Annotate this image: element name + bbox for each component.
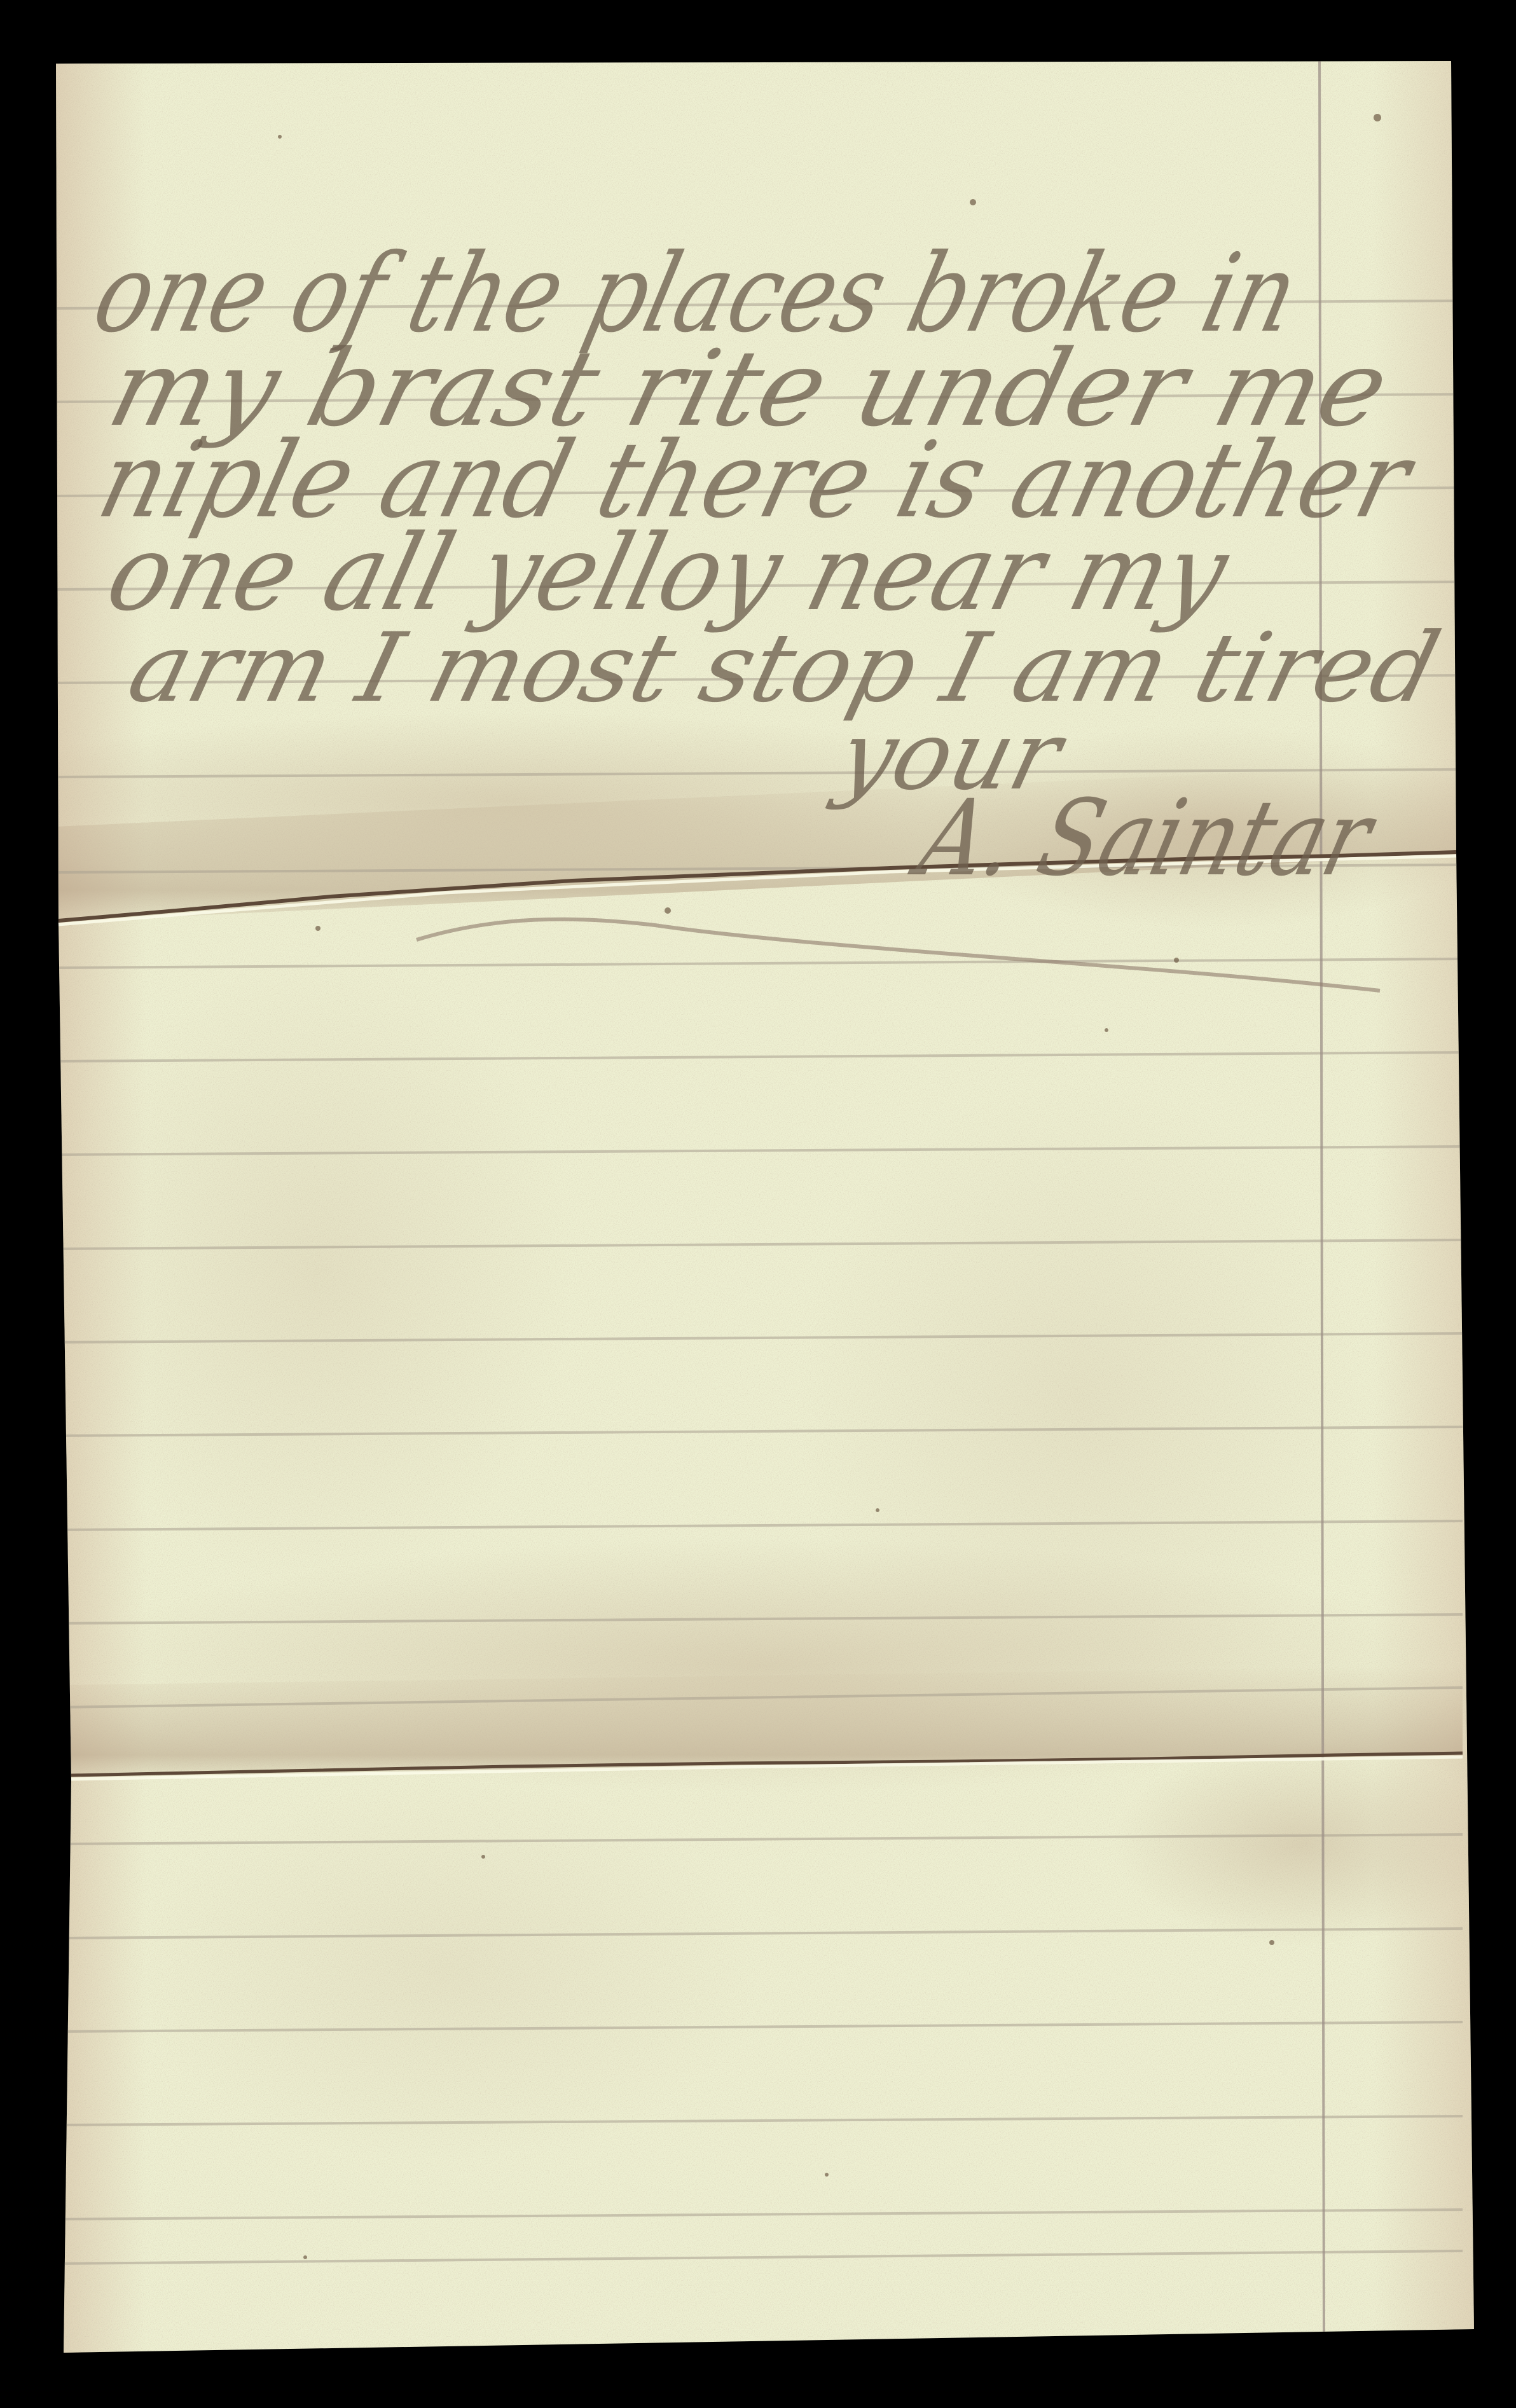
scan-background: one of the places broke in my brast rite…	[0, 0, 1516, 2408]
letter-page: one of the places broke in my brast rite…	[0, 0, 1516, 2408]
handwriting-line-5: arm I most stop I am tired	[118, 612, 1449, 723]
signature: A. Saintar	[901, 776, 1388, 899]
